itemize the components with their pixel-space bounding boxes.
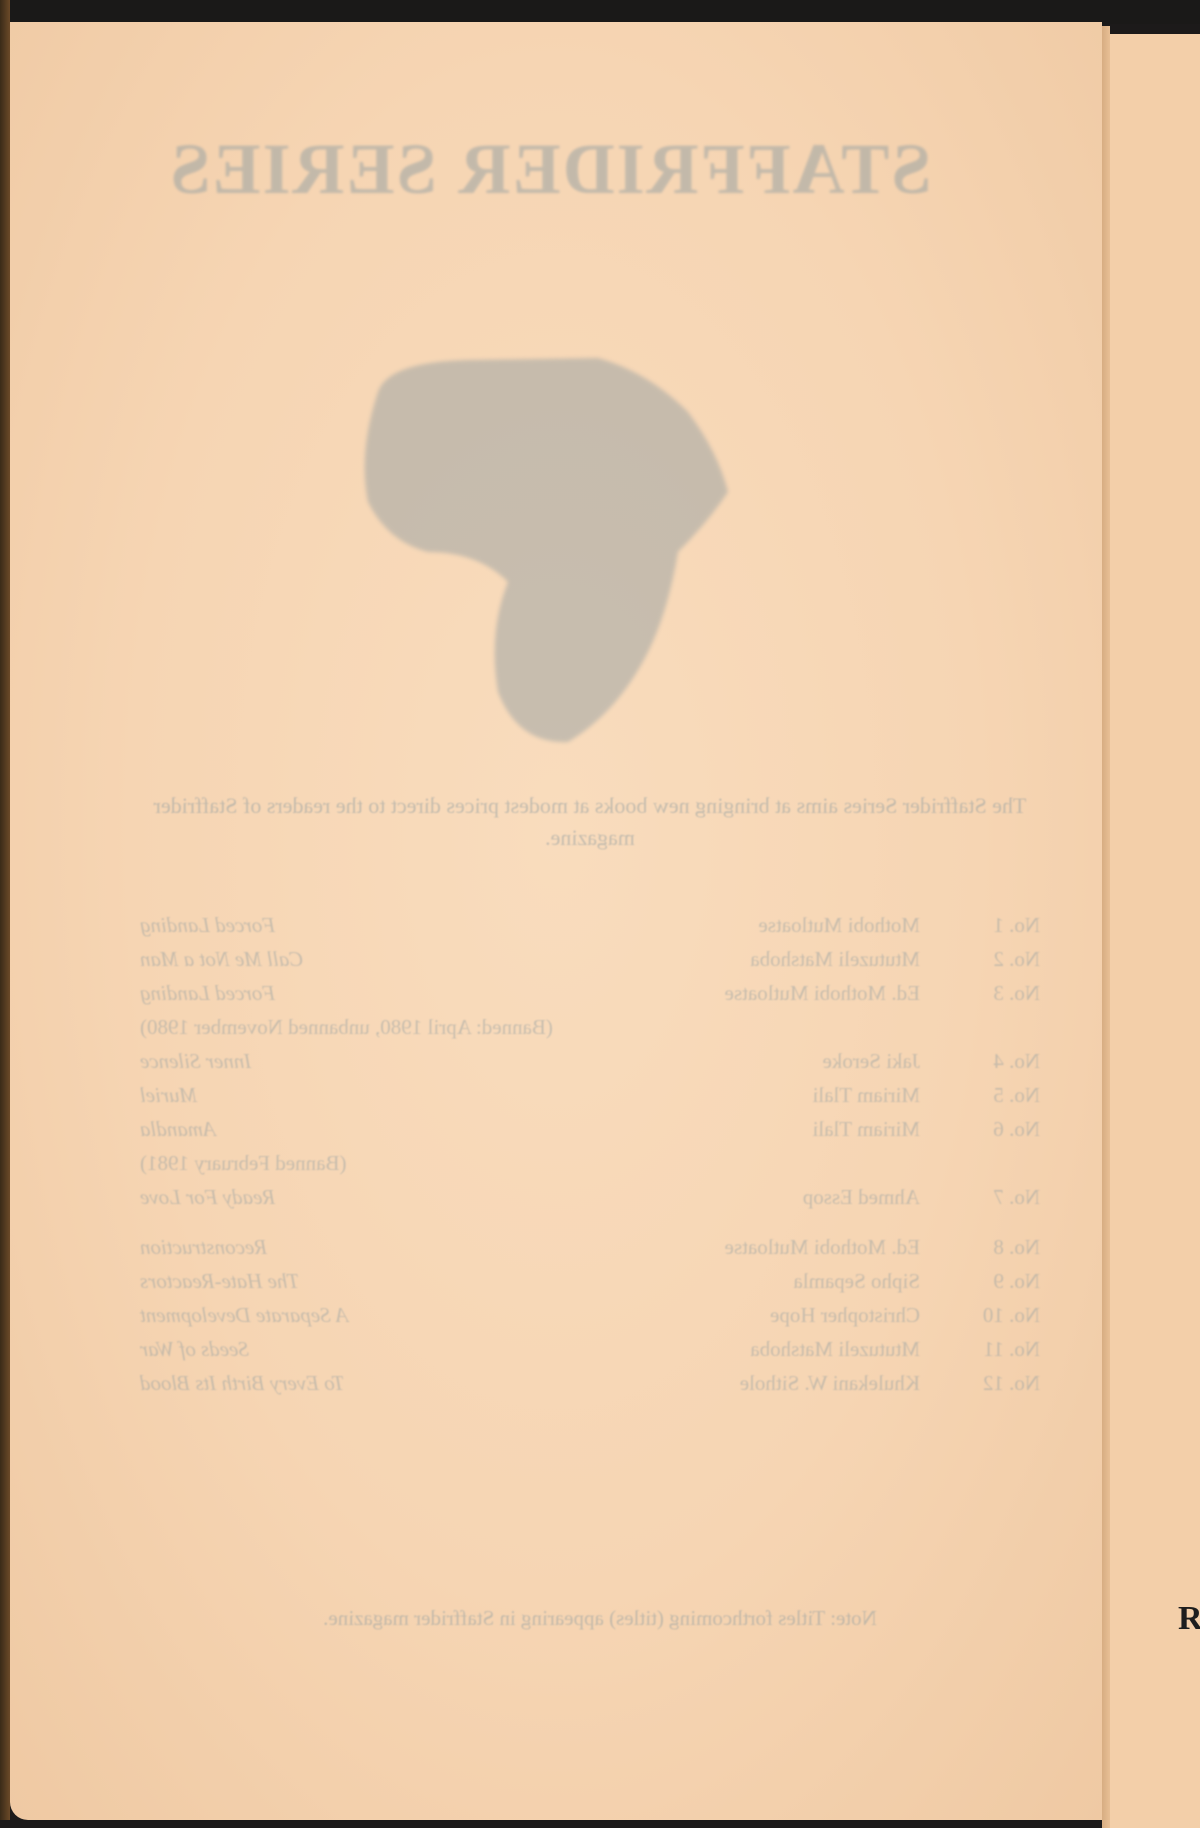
list-item: No. 11Mtutuzeli MatshobaSeeds of War <box>140 1332 1040 1366</box>
item-author: Khulekani W. Sithole <box>540 1366 920 1400</box>
item-number: No. 4 <box>920 1044 1040 1078</box>
series-title: STAFFRIDER SERIES <box>0 128 1100 211</box>
list-item: No. 8Ed. Mothobi MutloatseReconstruction <box>140 1230 1040 1264</box>
list-item-note: (Banned: April 1980, unbanned November 1… <box>140 1010 1040 1044</box>
item-author: Mtutuzeli Matshoba <box>540 942 920 976</box>
list-item: No. 7Ahmed EssopReady For Love <box>140 1180 1040 1214</box>
item-number: No. 11 <box>920 1332 1040 1366</box>
item-author: Ed. Mothobi Mutloatse <box>540 1230 920 1264</box>
item-number: No. 7 <box>920 1180 1040 1214</box>
item-book: Reconstruction <box>140 1230 540 1264</box>
item-author: Ahmed Essop <box>540 1180 920 1214</box>
item-book: Ready For Love <box>140 1180 540 1214</box>
intro-paragraph: The Staffrider Series aims at bringing n… <box>140 790 1040 854</box>
scanner-edge-top <box>0 0 1200 24</box>
right-page-letter: R <box>1178 1600 1200 1638</box>
item-number: No. 12 <box>920 1366 1040 1400</box>
item-author: Sipho Sepamla <box>540 1264 920 1298</box>
item-author: Miriam Tlali <box>540 1112 920 1146</box>
item-number: No. 9 <box>920 1264 1040 1298</box>
item-book: Muriel <box>140 1078 540 1112</box>
item-author: Mtutuzeli Matshoba <box>540 1332 920 1366</box>
item-sub: (Banned February 1981) <box>140 1146 346 1180</box>
item-author: Christopher Hope <box>540 1298 920 1332</box>
item-number: No. 3 <box>920 976 1040 1010</box>
item-sub: (Banned: April 1980, unbanned November 1… <box>140 1010 553 1044</box>
list-item: No. 3Ed. Mothobi MutloatseForced Landing <box>140 976 1040 1010</box>
item-author: Mothobi Mutloatse <box>540 908 920 942</box>
item-book: Inner Silence <box>140 1044 540 1078</box>
africa-map-icon <box>348 352 748 752</box>
item-book: To Every Birth Its Blood <box>140 1366 540 1400</box>
list-item: No. 2Mtutuzeli MatshobaCall Me Not a Man <box>140 942 1040 976</box>
item-number: No. 8 <box>920 1230 1040 1264</box>
right-page <box>1110 34 1200 1828</box>
item-author: Ed. Mothobi Mutloatse <box>540 976 920 1010</box>
item-author: Jaki Seroke <box>540 1044 920 1078</box>
list-item: No. 6Miriam TlaliAmandla <box>140 1112 1040 1146</box>
book-gutter <box>1102 26 1110 1828</box>
item-book: Seeds of War <box>140 1332 540 1366</box>
list-item: No. 4Jaki SerokeInner Silence <box>140 1044 1040 1078</box>
list-item: No. 10Christopher HopeA Separate Develop… <box>140 1298 1040 1332</box>
item-number: No. 10 <box>920 1298 1040 1332</box>
item-number: No. 2 <box>920 942 1040 976</box>
item-book: Amandla <box>140 1112 540 1146</box>
item-book: Forced Landing <box>140 976 540 1010</box>
list-item: No. 9Sipho SepamlaThe Hate-Reactors <box>140 1264 1040 1298</box>
item-book: Call Me Not a Man <box>140 942 540 976</box>
list-item: No. 12Khulekani W. SitholeTo Every Birth… <box>140 1366 1040 1400</box>
list-item-note: (Banned February 1981) <box>140 1146 1040 1180</box>
book-list: No. 1Mothobi MutloatseForced Landing No.… <box>140 908 1040 1400</box>
item-number: No. 6 <box>920 1112 1040 1146</box>
item-book: Forced Landing <box>140 908 540 942</box>
list-item: No. 1Mothobi MutloatseForced Landing <box>140 908 1040 942</box>
footer-note: Note: Titles forthcoming (titles) appear… <box>200 1602 1000 1634</box>
item-book: A Separate Development <box>140 1298 540 1332</box>
item-book: The Hate-Reactors <box>140 1264 540 1298</box>
list-item: No. 5Miriam TlaliMuriel <box>140 1078 1040 1112</box>
item-author: Miriam Tlali <box>540 1078 920 1112</box>
item-number: No. 1 <box>920 908 1040 942</box>
item-number: No. 5 <box>920 1078 1040 1112</box>
